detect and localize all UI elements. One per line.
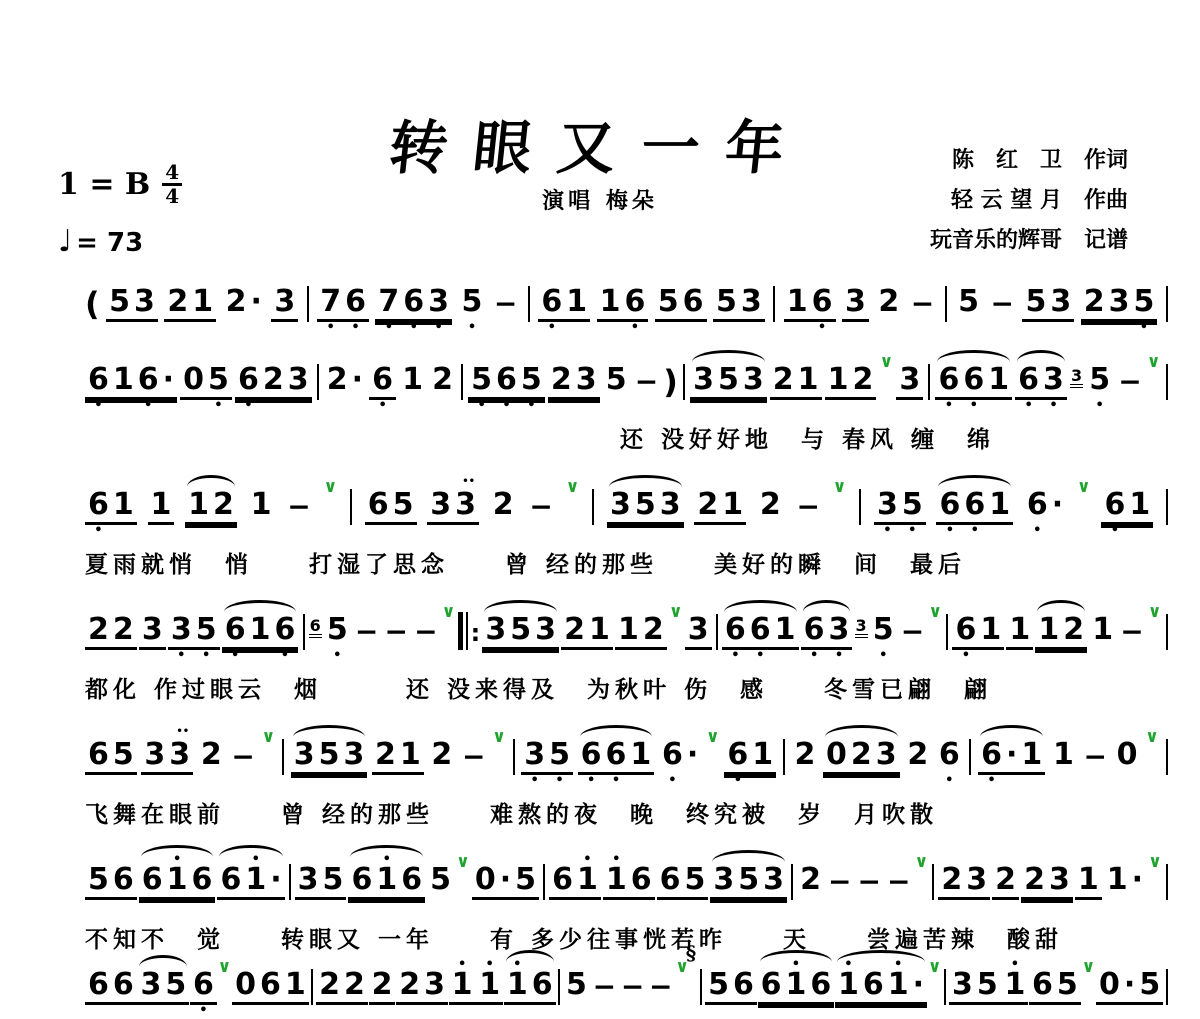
note-group: 35	[168, 615, 220, 650]
note: 5	[1131, 287, 1156, 317]
note-group: 5	[459, 287, 486, 322]
note: 6	[725, 740, 750, 770]
note: 1	[564, 287, 589, 317]
note-group: 023	[823, 740, 900, 775]
note: 3	[897, 365, 922, 395]
lyrics-line: 还 没好好地 与 春风 缠 绵	[85, 421, 1170, 454]
note: 6	[136, 365, 161, 395]
note: 5	[656, 287, 681, 317]
note-group: 53	[713, 287, 765, 322]
note: 6	[86, 365, 111, 395]
repeat-thick-bar	[458, 612, 463, 650]
note: 5	[206, 365, 231, 395]
note-group: 353	[690, 365, 767, 400]
note: 3	[1107, 287, 1132, 317]
note: 1	[249, 490, 274, 520]
note: 1	[1036, 615, 1061, 645]
note-group: 763	[375, 287, 452, 322]
note: 2	[261, 365, 286, 395]
slur-arc	[484, 600, 557, 612]
note: 3	[169, 615, 194, 645]
barline	[683, 364, 685, 400]
barline	[558, 969, 560, 1005]
note: 1	[477, 970, 502, 1000]
note: ·	[268, 865, 283, 895]
note: 5	[871, 615, 896, 645]
note: 6	[731, 970, 756, 1000]
note-group: ••33	[427, 490, 479, 525]
note: 3	[741, 365, 766, 395]
note-group: 353	[482, 615, 559, 650]
note-group: 35	[874, 490, 926, 525]
note: 5	[547, 740, 572, 770]
barline	[528, 286, 530, 322]
breath-mark: ∨	[323, 479, 337, 496]
note: 2	[491, 490, 516, 520]
note: 2	[317, 970, 342, 1000]
tempo-marking: ♩= 73	[58, 224, 143, 259]
note: 6	[1016, 365, 1041, 395]
barline	[1166, 739, 1168, 775]
note: 6	[660, 740, 685, 770]
note: 5	[1023, 287, 1048, 317]
barline	[513, 739, 515, 775]
lyrics-line: 不知不 觉 转眼又 一年 有 多少往事恍若昨 天 尝遍苦辣 酸甜	[85, 921, 1170, 954]
note: 6	[759, 970, 784, 1000]
note: 2	[771, 365, 796, 395]
note-group: 0·5	[1096, 970, 1163, 1005]
note: 3	[296, 865, 321, 895]
note: 3	[875, 490, 900, 520]
note: 3	[739, 287, 764, 317]
breath-mark: ∨	[915, 854, 929, 871]
barline	[1166, 864, 1168, 900]
note-group: 353	[710, 865, 787, 900]
note: 2	[211, 490, 236, 520]
note: 2	[430, 365, 455, 395]
note: 5	[956, 287, 981, 317]
note-group: 35	[949, 970, 1001, 1005]
note: 2	[793, 740, 818, 770]
note-group: 61·	[217, 865, 284, 900]
barline	[783, 739, 785, 775]
system: (53212·3767635−611656531632−5−53235	[85, 278, 1170, 322]
barline	[969, 739, 971, 775]
note: 6	[190, 865, 215, 895]
slur-arc	[692, 350, 765, 362]
dash: −	[412, 614, 439, 650]
barline	[350, 489, 352, 525]
dash: −	[885, 864, 912, 900]
note-group: 661	[578, 740, 655, 775]
breath-mark: ∨	[492, 729, 506, 746]
credit-lyricist: 陈 红 卫 作词	[930, 140, 1128, 180]
notation-line: 65••332−∨353212−∨356616·∨612023266·11−0∨	[85, 731, 1170, 775]
note: 5	[460, 287, 485, 317]
note: 6	[218, 865, 243, 895]
note: 6	[111, 865, 136, 895]
note-group: 6	[936, 740, 963, 775]
note-group: 2	[992, 865, 1019, 900]
breath-mark: ∨	[706, 729, 720, 746]
note: 3	[426, 287, 451, 317]
note-group: 6	[369, 365, 396, 400]
note: 3	[686, 615, 711, 645]
note: 3	[132, 287, 157, 317]
note: 5	[714, 287, 739, 317]
note: 1	[987, 490, 1012, 520]
note: 1	[1051, 740, 1076, 770]
note: 6	[223, 615, 248, 645]
barline	[1166, 489, 1168, 525]
note-group: 22	[316, 970, 368, 1005]
note-group: 2	[429, 365, 456, 400]
note: 6	[86, 740, 111, 770]
note: 3	[843, 287, 868, 317]
barline	[282, 739, 284, 775]
note: 6	[861, 970, 886, 1000]
note: 2	[1022, 865, 1047, 895]
note: 1	[784, 970, 809, 1000]
note: 3	[272, 287, 297, 317]
dash: −	[1116, 364, 1143, 400]
note-group: 2·	[223, 287, 265, 322]
note: ·	[1004, 740, 1019, 770]
dash: −	[591, 969, 618, 1005]
grace-note: 3	[1070, 368, 1083, 388]
note-group: 1	[449, 970, 476, 1005]
barline	[945, 286, 947, 322]
note: 5	[508, 615, 533, 645]
slur-arc	[724, 600, 797, 612]
note-group: 1	[1050, 740, 1077, 775]
note: 6	[366, 490, 391, 520]
note: 1	[773, 615, 798, 645]
dash: −	[909, 286, 936, 322]
note: 6	[802, 615, 827, 645]
note-group: 21	[694, 490, 746, 525]
note: 1	[1127, 490, 1152, 520]
system: 616·056232·612565235−)3532112∨36616335−∨…	[85, 356, 1170, 454]
note: 6	[953, 615, 978, 645]
note: 6	[258, 970, 283, 1000]
note: 3	[142, 740, 167, 770]
note-group: 65	[657, 865, 709, 900]
note-group: 61	[85, 490, 137, 525]
mordent-icon: ••	[462, 476, 475, 487]
note: 6	[622, 287, 647, 317]
note: 1	[986, 365, 1011, 395]
note-group: 353	[291, 740, 368, 775]
note-group: 5	[870, 615, 897, 650]
breath-mark: ∨	[218, 959, 232, 976]
barline	[773, 286, 775, 322]
breath-mark: ∨	[1148, 854, 1162, 871]
breath-mark: ∨	[566, 479, 580, 496]
note-group: 65	[1029, 970, 1081, 1005]
note: 2	[939, 865, 964, 895]
note-group: 2	[428, 740, 455, 775]
barline	[289, 864, 291, 900]
notation-line: 5661661·356165∨0·56116653532−−−∨2322311·…	[85, 856, 1170, 900]
note-group: 2	[875, 287, 902, 322]
barline	[716, 614, 718, 650]
note-group: 3	[842, 287, 869, 322]
note-group: 661	[722, 615, 799, 650]
note: 2	[641, 615, 666, 645]
note-group: 1	[148, 490, 175, 525]
note: ·	[248, 287, 263, 317]
notation-line: 2233561665−−−∨:3532112∨36616335−∨611121−…	[85, 606, 1170, 650]
note-group: 61	[1101, 490, 1153, 525]
note: 3	[533, 615, 558, 645]
note: 5	[317, 740, 342, 770]
note: ·	[1130, 865, 1145, 895]
note: 6	[530, 970, 555, 1000]
dash: −	[633, 364, 660, 400]
breath-mark: ∨	[879, 354, 893, 371]
note: 6	[349, 865, 374, 895]
note: 6	[810, 287, 835, 317]
note-group: 23	[548, 365, 600, 400]
note-group: 2	[904, 740, 931, 775]
note-group: 0·5	[472, 865, 539, 900]
note: 6	[604, 740, 629, 770]
note: 1	[978, 615, 1003, 645]
credits: 陈 红 卫 作词 轻 云 望 月 作曲 玩音乐的辉哥 记谱	[930, 140, 1128, 260]
slur-arc	[1017, 350, 1065, 362]
barline	[1166, 364, 1168, 400]
note: 3	[522, 740, 547, 770]
note: 3	[608, 490, 633, 520]
note: ·	[161, 365, 176, 395]
note: 1	[165, 865, 190, 895]
note-group: 53	[106, 287, 158, 322]
note-group: 2	[797, 865, 824, 900]
slur-arc	[293, 725, 366, 737]
note-group: 2	[198, 740, 225, 775]
note: 2	[111, 615, 136, 645]
note: 1	[450, 970, 475, 1000]
note: 5	[391, 490, 416, 520]
note: 5	[1087, 365, 1112, 395]
note: 6	[962, 490, 987, 520]
notation-line: (53212·3767635−611656531632−5−53235	[85, 278, 1170, 322]
note: 0	[181, 365, 206, 395]
note: 3	[341, 740, 366, 770]
note: 6	[86, 490, 111, 520]
barline	[1166, 614, 1168, 650]
note-group: 2	[757, 490, 784, 525]
note: 6	[273, 615, 298, 645]
breath-mark: ∨	[928, 959, 942, 976]
note: 6	[937, 740, 962, 770]
note-group: 56	[655, 287, 707, 322]
note: 2	[695, 490, 720, 520]
note: 5	[428, 865, 453, 895]
slur-arc	[938, 475, 1011, 487]
note: 3	[428, 490, 453, 520]
note-group: 2	[490, 490, 517, 525]
note: 6	[936, 365, 961, 395]
note: 1	[149, 490, 174, 520]
note: 5	[86, 865, 111, 895]
note: 1	[720, 490, 745, 520]
note: 1	[186, 490, 211, 520]
note: 0	[233, 970, 258, 1000]
note-group: 6	[190, 970, 217, 1005]
note: 6	[1025, 490, 1050, 520]
note: 1	[111, 490, 136, 520]
tempo-value: = 73	[76, 228, 143, 258]
note: 3	[761, 865, 786, 895]
note: 6	[191, 970, 216, 1000]
paren: (	[85, 286, 100, 322]
repeat-thin-bar	[466, 612, 468, 650]
note: 1	[283, 970, 308, 1000]
note-group: 21	[164, 287, 216, 322]
note-group: 616	[139, 865, 216, 900]
note: ·	[1122, 970, 1137, 1000]
note: 1	[374, 865, 399, 895]
note-group: 53	[1022, 287, 1074, 322]
note: 6	[748, 615, 773, 645]
note: 1	[587, 615, 612, 645]
notation-line: 66356∨0612222311165−−−∨§56616161·∨35165∨…	[85, 961, 1170, 1005]
grace-note: 6	[309, 618, 322, 638]
note-group: 3	[139, 615, 166, 650]
note: 5	[519, 365, 544, 395]
note: ·	[911, 970, 926, 1000]
note: 1	[398, 740, 423, 770]
note-group: 5	[324, 615, 351, 650]
note: 6	[1102, 490, 1127, 520]
note-group: 05	[180, 365, 232, 400]
note-group: 65	[85, 740, 137, 775]
note: 1	[826, 365, 851, 395]
note-group: 35	[137, 970, 189, 1005]
note: 6	[681, 287, 706, 317]
barline	[543, 864, 545, 900]
note-group: 23	[1021, 865, 1073, 900]
note-group: 5	[1086, 365, 1113, 400]
note-group: 12	[185, 490, 237, 525]
dash: −	[826, 864, 853, 900]
note: 5	[1137, 970, 1162, 1000]
barline	[932, 864, 934, 900]
note: 6	[937, 490, 962, 520]
credit-transcriber: 玩音乐的辉哥 记谱	[930, 220, 1128, 260]
note-group: 2	[369, 970, 396, 1005]
system: 611121−∨65••332−∨353212−∨356616·∨61夏雨就悄 …	[85, 481, 1170, 579]
barline	[311, 969, 313, 1005]
note: 5	[683, 865, 708, 895]
note: 5	[1055, 970, 1080, 1000]
note-group: 1	[476, 970, 503, 1005]
note: 1	[1019, 740, 1044, 770]
note-group: 76	[317, 287, 369, 322]
note-group: 16	[784, 287, 836, 322]
meter-numerator: 4	[162, 162, 182, 186]
lyrics-line: 夏雨就悄 悄 打湿了思念 曾 经的那些 美好的瞬 间 最后	[85, 546, 1170, 579]
breath-mark: ∨	[833, 479, 847, 496]
note-group: 35	[521, 740, 573, 775]
breath-mark: ∨	[1147, 354, 1161, 371]
note: 3	[574, 365, 599, 395]
note: 5	[321, 865, 346, 895]
dash: −	[527, 489, 554, 525]
note: 6	[550, 865, 575, 895]
note-group: 56	[85, 865, 137, 900]
note: 2	[370, 970, 395, 1000]
note-group: 616	[758, 970, 835, 1005]
notation-line: 616·056232·612565235−)3532112∨36616335−∨	[85, 356, 1170, 400]
note: 2	[562, 615, 587, 645]
slur-arc	[580, 725, 653, 737]
note: 2	[876, 287, 901, 317]
note-group: 5	[427, 865, 454, 900]
note: ·	[498, 865, 513, 895]
breath-mark: ∨	[928, 604, 942, 621]
note-group: 661	[936, 490, 1013, 525]
note: 2	[224, 287, 249, 317]
note: 2	[397, 970, 422, 1000]
barline	[928, 364, 930, 400]
barline	[303, 614, 305, 650]
note: 6	[723, 615, 748, 645]
paren: )	[663, 364, 678, 400]
note-group: 0	[1114, 740, 1141, 775]
slur-arc	[187, 475, 235, 487]
note-group: 21	[770, 365, 822, 400]
note-group: 61	[549, 865, 601, 900]
note: 1	[598, 287, 623, 317]
dash: −	[285, 489, 312, 525]
note: 3	[827, 615, 852, 645]
note-group: 22	[85, 615, 137, 650]
note: 6	[86, 970, 111, 1000]
note: 6	[1030, 970, 1055, 1000]
note: 1	[575, 865, 600, 895]
breath-mark: ∨	[669, 604, 683, 621]
note: 3	[292, 740, 317, 770]
segno-glyph: §	[686, 941, 696, 965]
dash: −	[460, 739, 487, 775]
note-group: 12	[825, 365, 877, 400]
dash: −	[1118, 614, 1145, 650]
note: 5	[513, 865, 538, 895]
slur-arc	[1037, 600, 1085, 612]
note: 1	[750, 740, 775, 770]
note: 1	[785, 287, 810, 317]
note: 2	[993, 865, 1018, 895]
slur-arc	[803, 600, 851, 612]
note: 3	[167, 740, 192, 770]
system: 2233561665−−−∨:3532112∨36616335−∨611121−…	[85, 606, 1170, 704]
note: 1	[628, 740, 653, 770]
note: 2	[86, 615, 111, 645]
barline	[944, 969, 946, 1005]
dash: −	[856, 864, 883, 900]
note: ·	[1050, 490, 1065, 520]
note-group: 3	[896, 365, 923, 400]
note: 2	[342, 970, 367, 1000]
note: 3	[950, 970, 975, 1000]
note: 5	[325, 615, 350, 645]
note: 3	[422, 970, 447, 1000]
note: 1	[1076, 865, 1101, 895]
credit-composer: 轻 云 望 月 作曲	[930, 180, 1128, 220]
